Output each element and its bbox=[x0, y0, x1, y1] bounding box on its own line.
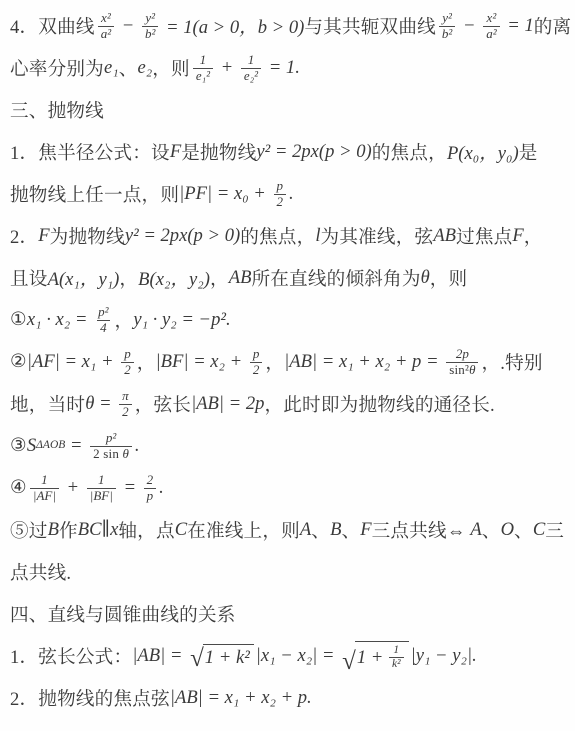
math-run: F bbox=[360, 519, 371, 541]
text-run: 、 bbox=[311, 517, 330, 543]
math-run: |AB| = 2p bbox=[191, 393, 264, 415]
formula-line: 地，当时θ = π2，弦长|AB| = 2p，此时即为抛物线的通径长. bbox=[10, 383, 569, 425]
radical-sign-icon: √ bbox=[190, 645, 204, 670]
text-run: ⑤过 bbox=[10, 517, 48, 543]
fraction-numerator: 2 bbox=[144, 473, 157, 488]
math-run: S bbox=[27, 435, 36, 457]
fraction-denominator: e₂² bbox=[241, 68, 261, 84]
text-run: 、 bbox=[119, 55, 138, 81]
math-run: θ bbox=[469, 362, 475, 377]
math-run: F bbox=[512, 225, 523, 247]
text-run: 、 bbox=[482, 517, 501, 543]
text-run: sin² bbox=[449, 362, 469, 377]
math-run: |PF| = x₀ + bbox=[179, 183, 270, 205]
fraction: 2p bbox=[144, 473, 157, 504]
formula-line: 2．抛物线的焦点弦|AB| = x₁ + x₂ + p. bbox=[10, 677, 569, 719]
text-run: 三点共线⇔ bbox=[372, 517, 471, 543]
radicand: 1 + k² bbox=[203, 644, 254, 669]
math-run: |AF| = x₁ + bbox=[27, 351, 118, 373]
formula-line: 三、抛物线 bbox=[10, 89, 569, 131]
text-run: 地，当时 bbox=[10, 391, 85, 417]
formula-line: 2．F为抛物线y² = 2px(p > 0)的焦点，l为其准线，弦AB过焦点F， bbox=[10, 215, 569, 257]
math-run: |AB| = bbox=[132, 645, 187, 667]
math-run: F bbox=[38, 225, 49, 247]
text-run: ，.特别 bbox=[481, 349, 542, 375]
math-run: |AB| = x₁ + x₂ + p. bbox=[170, 687, 312, 709]
fraction: 1e₂² bbox=[241, 53, 261, 84]
math-run: A(x₁，y₁) bbox=[48, 265, 120, 291]
formula-line: 4．双曲线x²a² − y²b² = 1(a > 0，b > 0)与其共轭双曲线… bbox=[10, 5, 569, 47]
fraction: y²b² bbox=[142, 11, 158, 42]
text-run: ，则 bbox=[152, 55, 190, 81]
math-run: e₁ bbox=[104, 57, 119, 79]
math-run: θ bbox=[123, 446, 129, 461]
fraction: p²4 bbox=[95, 305, 111, 336]
math-run: = 1. bbox=[264, 57, 300, 79]
math-run: F bbox=[170, 141, 181, 163]
math-run: y₁ · y₂ = −p². bbox=[133, 309, 230, 331]
fraction-numerator: p bbox=[121, 347, 134, 362]
math-run: 1 + k² bbox=[205, 647, 250, 669]
fraction: p2 bbox=[274, 179, 287, 210]
fraction-numerator: p bbox=[274, 179, 287, 194]
text-run: 与其共轭双曲线 bbox=[304, 13, 436, 39]
text-run: 抛物线上任一点，则 bbox=[10, 181, 179, 207]
text-run: 的焦点， bbox=[240, 223, 315, 249]
text-run: ， bbox=[115, 307, 134, 333]
math-run: e₂ bbox=[138, 57, 153, 79]
text-run: ， bbox=[119, 265, 138, 291]
text-run: 是抛物线 bbox=[181, 139, 256, 165]
math-run: AB bbox=[433, 225, 456, 247]
formula-line: 四、直线与圆锥曲线的关系 bbox=[10, 593, 569, 635]
text-run: ， bbox=[524, 223, 543, 249]
math-run: BC∥x bbox=[78, 519, 119, 541]
math-run: B(x₂，y₂) bbox=[138, 265, 210, 291]
math-run: AB bbox=[229, 267, 252, 289]
fraction-denominator: p bbox=[144, 488, 157, 504]
fraction: x²a² bbox=[98, 11, 114, 42]
fraction-denominator: k² bbox=[389, 657, 404, 671]
fraction-denominator: a² bbox=[483, 26, 499, 42]
text-run: 1．弦长公式： bbox=[10, 643, 132, 669]
math-run: C bbox=[175, 519, 187, 541]
fraction-numerator: x² bbox=[484, 11, 500, 26]
formula-line: ③SΔAOB = p²2 sin θ. bbox=[10, 425, 569, 467]
subscript: ΔAOB bbox=[36, 440, 65, 452]
text-run: 心率分别为 bbox=[10, 55, 104, 81]
formula-line: ④1|AF| + 1|BF| = 2p. bbox=[10, 467, 569, 509]
math-run: = 1(a > 0，b > 0) bbox=[161, 13, 304, 39]
formula-line: 抛物线上任一点，则|PF| = x₀ + p2. bbox=[10, 173, 569, 215]
text-run: ② bbox=[10, 351, 27, 373]
math-run: + bbox=[216, 57, 238, 79]
fraction-numerator: 1 bbox=[197, 53, 210, 68]
text-run: 在准线上，则 bbox=[187, 517, 300, 543]
text-run: 轴，点 bbox=[118, 517, 174, 543]
fraction-denominator: 2 bbox=[274, 194, 287, 210]
fraction: y²b² bbox=[439, 11, 455, 42]
formula-line: 1．焦半径公式：设F是抛物线y² = 2px(p > 0)的焦点，P(x₀，y₀… bbox=[10, 131, 569, 173]
text-run: 2 sin bbox=[93, 446, 122, 461]
math-run: P(x₀，y₀) bbox=[447, 139, 519, 165]
text-run: 四、直线与圆锥曲线的关系 bbox=[10, 601, 236, 627]
text-run: 是 bbox=[519, 139, 538, 165]
text-run: ③ bbox=[10, 435, 27, 457]
fraction-numerator: 1 bbox=[38, 473, 51, 488]
math-run: = bbox=[65, 435, 87, 457]
text-run: ，弦长 bbox=[135, 391, 191, 417]
formula-line: ⑤过B作BC∥x轴，点C在准线上，则A、B、F三点共线⇔ A、O、C三 bbox=[10, 509, 569, 551]
text-run: 4．双曲线 bbox=[10, 13, 95, 39]
fraction-denominator: 2 sin θ bbox=[90, 446, 132, 462]
text-run: 、 bbox=[341, 517, 360, 543]
fraction-denominator: a² bbox=[98, 26, 114, 42]
fraction: 1|BF| bbox=[87, 473, 116, 504]
text-run: 为抛物线 bbox=[50, 223, 125, 249]
math-run: x₁ · x₂ = bbox=[27, 309, 92, 331]
fraction-denominator: 4 bbox=[97, 320, 110, 336]
formula-line: 心率分别为e₁、e₂，则1e₁² + 1e₂² = 1. bbox=[10, 47, 569, 89]
radicand: 1 + 1k² bbox=[355, 641, 409, 671]
document-body: 4．双曲线x²a² − y²b² = 1(a > 0，b > 0)与其共轭双曲线… bbox=[0, 0, 575, 719]
text-run: ，则 bbox=[430, 265, 468, 291]
fraction: x²a² bbox=[483, 11, 499, 42]
text-run: 的焦点， bbox=[372, 139, 447, 165]
fraction-denominator: 2 bbox=[119, 404, 132, 420]
text-run: 2． bbox=[10, 223, 38, 249]
fraction: π2 bbox=[119, 389, 132, 420]
math-run: |y₁ − y₂|. bbox=[411, 645, 477, 667]
fraction: p²2 sin θ bbox=[90, 431, 132, 462]
text-run: 所在直线的倾斜角为 bbox=[251, 265, 420, 291]
text-run: 作 bbox=[59, 517, 78, 543]
fraction-numerator: p² bbox=[95, 305, 111, 320]
fraction-denominator: b² bbox=[439, 26, 455, 42]
formula-line: ①x₁ · x₂ = p²4，y₁ · y₂ = −p². bbox=[10, 299, 569, 341]
math-run: θ bbox=[421, 267, 430, 289]
math-run: |BF| = x₂ + bbox=[156, 351, 247, 373]
math-run: . bbox=[289, 183, 294, 205]
math-run: B bbox=[48, 519, 59, 541]
math-run: . bbox=[135, 435, 140, 457]
math-run: B bbox=[330, 519, 341, 541]
formula-line: 且设A(x₁，y₁)，B(x₂，y₂)，AB所在直线的倾斜角为θ，则 bbox=[10, 257, 569, 299]
fraction-numerator: y² bbox=[142, 11, 158, 26]
math-run: A bbox=[300, 519, 311, 541]
math-run: y² = 2px(p > 0) bbox=[256, 141, 371, 163]
text-run: 过焦点 bbox=[456, 223, 512, 249]
formula-line: 点共线. bbox=[10, 551, 569, 593]
fraction: 1|AF| bbox=[30, 473, 59, 504]
text-run: ① bbox=[10, 309, 27, 331]
fraction-denominator: |BF| bbox=[87, 488, 116, 504]
text-run: 三、抛物线 bbox=[10, 97, 104, 123]
fraction-numerator: π bbox=[119, 389, 132, 404]
fraction-numerator: y² bbox=[439, 11, 455, 26]
math-run: − bbox=[458, 15, 480, 37]
math-run: |x₁ − x₂| = bbox=[256, 645, 339, 667]
fraction-numerator: 1 bbox=[245, 53, 258, 68]
math-run: − bbox=[117, 15, 139, 37]
fraction-numerator: p bbox=[250, 347, 263, 362]
fraction: p2 bbox=[250, 347, 263, 378]
sqrt-radical: √1 + 1k² bbox=[341, 641, 408, 671]
text-run: 点共线. bbox=[10, 559, 71, 585]
math-run: = bbox=[119, 477, 141, 499]
math-run: O bbox=[501, 519, 514, 541]
text-run: 、 bbox=[514, 517, 533, 543]
text-run: 1．焦半径公式：设 bbox=[10, 139, 170, 165]
text-run: ，此时即为抛物线的通径长. bbox=[264, 391, 494, 417]
fraction-denominator: b² bbox=[142, 26, 158, 42]
text-run: 且设 bbox=[10, 265, 48, 291]
fraction-denominator: 2 bbox=[121, 362, 134, 378]
fraction: 1k² bbox=[389, 644, 404, 671]
text-run: 为其准线，弦 bbox=[321, 223, 434, 249]
text-run: 2．抛物线的焦点弦 bbox=[10, 685, 170, 711]
fraction-denominator: e₁² bbox=[193, 68, 213, 84]
text-run: 的离 bbox=[534, 13, 572, 39]
fraction-numerator: 2p bbox=[453, 347, 472, 362]
text-run: ④ bbox=[10, 477, 27, 499]
sqrt-radical: √1 + k² bbox=[189, 644, 254, 669]
math-run: A bbox=[470, 519, 481, 541]
text-run: 三 bbox=[545, 517, 564, 543]
math-run: 1 + bbox=[357, 647, 388, 669]
fraction: p2 bbox=[121, 347, 134, 378]
math-notes-page: 4．双曲线x²a² − y²b² = 1(a > 0，b > 0)与其共轭双曲线… bbox=[0, 0, 575, 731]
fraction-numerator: 1 bbox=[390, 644, 402, 657]
math-run: y² = 2px(p > 0) bbox=[125, 225, 240, 247]
math-run: + bbox=[62, 477, 84, 499]
fraction: 1e₁² bbox=[193, 53, 213, 84]
fraction-numerator: p² bbox=[103, 431, 119, 446]
math-run: C bbox=[533, 519, 545, 541]
formula-line: ②|AF| = x₁ + p2，|BF| = x₂ + p2，|AB| = x₁… bbox=[10, 341, 569, 383]
math-run: θ = bbox=[85, 393, 116, 415]
math-run: = 1 bbox=[503, 15, 534, 37]
formula-line: 1．弦长公式：|AB| = √1 + k²|x₁ − x₂| = √1 + 1k… bbox=[10, 635, 569, 677]
math-run: . bbox=[159, 477, 164, 499]
text-run: ， bbox=[265, 349, 284, 375]
text-run: ， bbox=[210, 265, 229, 291]
fraction-denominator: sin²θ bbox=[446, 362, 478, 378]
fraction-denominator: |AF| bbox=[30, 488, 59, 504]
math-run: |AB| = x₁ + x₂ + p = bbox=[284, 351, 443, 373]
fraction: 2psin²θ bbox=[446, 347, 478, 378]
text-run: ， bbox=[137, 349, 156, 375]
fraction-denominator: 2 bbox=[250, 362, 263, 378]
fraction-numerator: 1 bbox=[95, 473, 108, 488]
radical-sign-icon: √ bbox=[342, 642, 356, 672]
fraction-numerator: x² bbox=[98, 11, 114, 26]
